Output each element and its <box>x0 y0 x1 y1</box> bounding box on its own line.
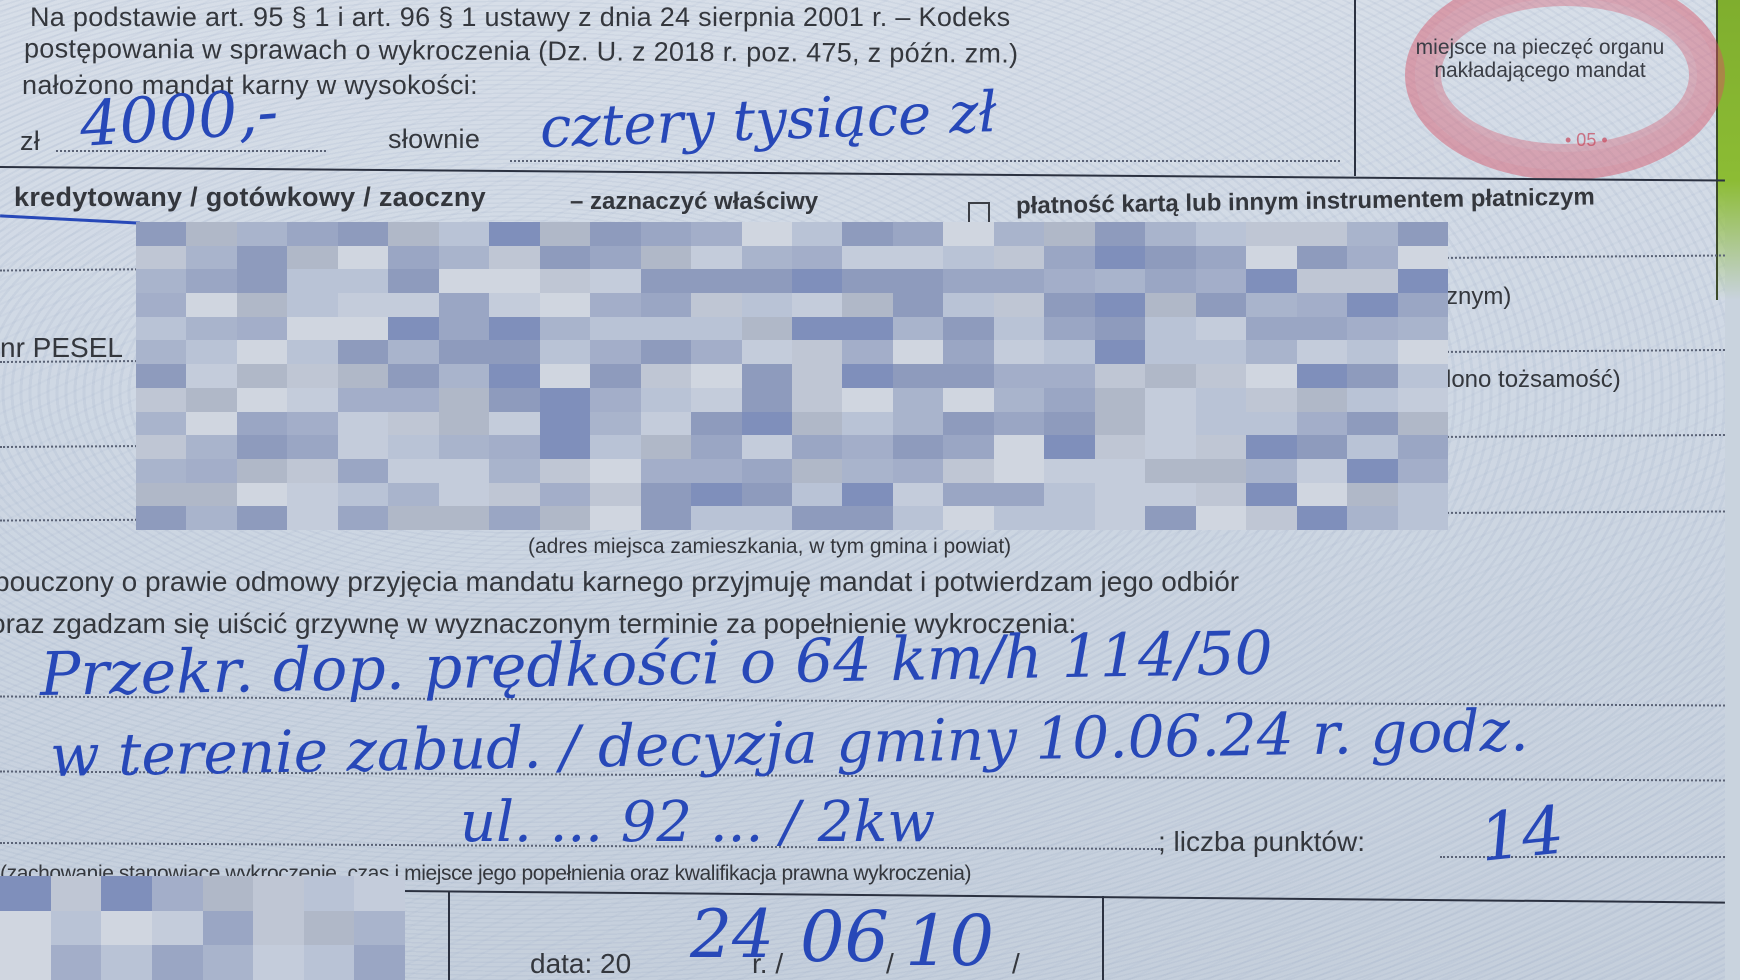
redaction-pixel <box>338 388 388 412</box>
redaction-pixel <box>1297 506 1347 530</box>
redaction-pixel <box>1095 269 1145 293</box>
redaction-pixel <box>1044 388 1094 412</box>
redaction-pixel <box>842 317 892 341</box>
redaction-pixel <box>1044 364 1094 388</box>
redaction-pixel <box>388 388 438 412</box>
redaction-pixel <box>136 317 186 341</box>
redaction-pixel <box>590 506 640 530</box>
redaction-pixel <box>1196 506 1246 530</box>
redaction-pixel <box>943 317 993 341</box>
redaction-pixel <box>338 435 388 459</box>
redaction-pixel <box>893 246 943 270</box>
redaction-pixel <box>691 222 741 246</box>
date-sep-3: / <box>1012 948 1020 980</box>
redaction-pixel <box>1297 222 1347 246</box>
redaction-pixel <box>590 364 640 388</box>
redaction-pixel <box>287 340 337 364</box>
redaction-pixel <box>540 459 590 483</box>
redaction-pixel <box>792 340 842 364</box>
redaction-pixel <box>489 317 539 341</box>
date-box-left <box>448 892 450 980</box>
redaction-pixel <box>1044 506 1094 530</box>
redaction-pixel <box>994 388 1044 412</box>
redaction-pixel <box>1347 412 1397 436</box>
redaction-pixel <box>186 506 236 530</box>
redaction-pixel <box>287 293 337 317</box>
redaction-pixel <box>742 459 792 483</box>
legal-basis-line-2: postępowania w sprawach o wykroczenia (D… <box>24 33 1019 69</box>
redaction-pixel <box>742 412 792 436</box>
redaction-pixel <box>101 911 152 946</box>
redaction-pixel <box>101 945 152 980</box>
ticket-type-options: kredytowany / gotówkowy / zaoczny <box>14 182 486 213</box>
redaction-pixel <box>388 317 438 341</box>
redaction-pixel <box>1196 459 1246 483</box>
redaction-pixel <box>1095 246 1145 270</box>
redaction-pixel <box>388 340 438 364</box>
redaction-pixel <box>1145 388 1195 412</box>
redaction-pixel <box>691 364 741 388</box>
redaction-pixel <box>1347 269 1397 293</box>
redaction-pixel <box>641 388 691 412</box>
stamp-box-divider <box>1354 0 1356 176</box>
redaction-pixel <box>304 945 355 980</box>
redaction-pixel <box>1044 269 1094 293</box>
date-label: data: 20 <box>530 948 631 980</box>
redaction-pixel <box>287 364 337 388</box>
redaction-pixel <box>489 388 539 412</box>
redaction-pixel <box>489 293 539 317</box>
redaction-pixel <box>136 388 186 412</box>
stamp-number: • 05 • <box>1565 130 1608 151</box>
redaction-pixel <box>1095 293 1145 317</box>
redaction-pixel <box>893 269 943 293</box>
redaction-pixel <box>338 459 388 483</box>
signature-redaction <box>0 876 405 980</box>
redaction-pixel <box>1297 412 1347 436</box>
redaction-pixel <box>1347 246 1397 270</box>
redaction-pixel <box>152 911 203 946</box>
redaction-pixel <box>893 222 943 246</box>
redaction-pixel <box>489 222 539 246</box>
redaction-pixel <box>943 293 993 317</box>
redaction-pixel <box>792 483 842 507</box>
redaction-pixel <box>641 459 691 483</box>
redaction-pixel <box>152 945 203 980</box>
redaction-pixel <box>1196 246 1246 270</box>
redaction-pixel <box>338 269 388 293</box>
redaction-pixel <box>1398 435 1448 459</box>
redaction-pixel <box>338 506 388 530</box>
redaction-pixel <box>51 911 102 946</box>
redaction-pixel <box>136 483 186 507</box>
redaction-pixel <box>287 317 337 341</box>
redaction-pixel <box>540 435 590 459</box>
redaction-pixel <box>1196 222 1246 246</box>
redaction-pixel <box>742 483 792 507</box>
redaction-pixel <box>540 246 590 270</box>
redaction-pixel <box>1095 412 1145 436</box>
redaction-pixel <box>1196 435 1246 459</box>
redaction-pixel <box>540 269 590 293</box>
redaction-pixel <box>792 317 842 341</box>
redaction-pixel <box>1044 412 1094 436</box>
redaction-pixel <box>590 483 640 507</box>
redaction-pixel <box>540 412 590 436</box>
redaction-pixel <box>489 246 539 270</box>
redaction-pixel <box>994 317 1044 341</box>
redaction-pixel <box>287 388 337 412</box>
redaction-pixel <box>742 246 792 270</box>
redaction-pixel <box>1398 340 1448 364</box>
redaction-pixel <box>51 876 102 911</box>
redaction-pixel <box>540 364 590 388</box>
redaction-pixel <box>1398 364 1448 388</box>
redaction-pixel <box>1297 388 1347 412</box>
redaction-pixel <box>1246 364 1296 388</box>
redaction-pixel <box>1145 364 1195 388</box>
redaction-pixel <box>1145 293 1195 317</box>
redaction-pixel <box>1347 435 1397 459</box>
redaction-pixel <box>1398 459 1448 483</box>
redaction-pixel <box>1398 506 1448 530</box>
pesel-label: nr PESEL <box>0 332 123 364</box>
redaction-pixel <box>237 388 287 412</box>
redaction-pixel <box>1398 388 1448 412</box>
redaction-pixel <box>691 435 741 459</box>
redaction-pixel <box>590 293 640 317</box>
redaction-pixel <box>237 435 287 459</box>
redaction-pixel <box>1196 317 1246 341</box>
redaction-pixel <box>1246 246 1296 270</box>
redaction-pixel <box>994 293 1044 317</box>
redaction-pixel <box>893 459 943 483</box>
redaction-pixel <box>641 483 691 507</box>
redaction-pixel <box>1145 435 1195 459</box>
redaction-pixel <box>842 246 892 270</box>
redaction-pixel <box>641 269 691 293</box>
redaction-pixel <box>1347 340 1397 364</box>
redaction-pixel <box>186 246 236 270</box>
redaction-pixel <box>792 459 842 483</box>
redaction-pixel <box>1044 317 1094 341</box>
redaction-pixel <box>338 483 388 507</box>
redaction-pixel <box>1095 506 1145 530</box>
redaction-pixel <box>253 911 304 946</box>
redaction-pixel <box>1246 459 1296 483</box>
redaction-pixel <box>1297 269 1347 293</box>
redaction-pixel <box>1095 364 1145 388</box>
redaction-pixel <box>540 506 590 530</box>
redaction-pixel <box>287 222 337 246</box>
redaction-pixel <box>439 435 489 459</box>
redaction-pixel <box>842 459 892 483</box>
redaction-pixel <box>1145 412 1195 436</box>
redaction-pixel <box>742 435 792 459</box>
redaction-pixel <box>742 364 792 388</box>
redaction-pixel <box>203 911 254 946</box>
redaction-pixel <box>691 317 741 341</box>
redaction-pixel <box>186 317 236 341</box>
redaction-pixel <box>338 317 388 341</box>
redaction-pixel <box>1398 412 1448 436</box>
redaction-pixel <box>0 911 51 946</box>
redaction-pixel <box>136 412 186 436</box>
redaction-pixel <box>253 945 304 980</box>
redaction-pixel <box>641 506 691 530</box>
redaction-pixel <box>943 364 993 388</box>
redaction-pixel <box>51 945 102 980</box>
redaction-pixel <box>237 483 287 507</box>
currency-label: zł <box>20 126 40 157</box>
redaction-pixel <box>354 876 405 911</box>
redaction-pixel <box>792 222 842 246</box>
redaction-pixel <box>893 340 943 364</box>
redaction-pixel <box>388 222 438 246</box>
redaction-pixel <box>1095 317 1145 341</box>
redaction-pixel <box>237 269 287 293</box>
redaction-pixel <box>439 506 489 530</box>
redaction-pixel <box>1196 412 1246 436</box>
redaction-pixel <box>354 945 405 980</box>
person-partial-label-1: znym) <box>1446 283 1511 311</box>
redaction-pixel <box>1196 388 1246 412</box>
redaction-pixel <box>893 364 943 388</box>
redaction-pixel <box>1347 506 1397 530</box>
redaction-pixel <box>338 246 388 270</box>
redaction-pixel <box>590 340 640 364</box>
redaction-pixel <box>1297 293 1347 317</box>
redaction-pixel <box>792 388 842 412</box>
redaction-pixel <box>101 876 152 911</box>
personal-data-redaction <box>136 222 1448 530</box>
redaction-pixel <box>136 246 186 270</box>
redaction-pixel <box>1398 222 1448 246</box>
redaction-pixel <box>1297 340 1347 364</box>
legal-basis-line-1: Na podstawie art. 95 § 1 i art. 96 § 1 u… <box>30 2 1010 33</box>
redaction-pixel <box>994 364 1044 388</box>
date-sep-1: r. / <box>752 948 783 980</box>
redaction-pixel <box>1196 483 1246 507</box>
redaction-pixel <box>540 483 590 507</box>
redaction-pixel <box>943 459 993 483</box>
redaction-pixel <box>136 269 186 293</box>
redaction-pixel <box>792 506 842 530</box>
redaction-pixel <box>1246 435 1296 459</box>
redaction-pixel <box>237 317 287 341</box>
redaction-pixel <box>338 222 388 246</box>
redaction-pixel <box>742 506 792 530</box>
points-label: ; liczba punktów: <box>1158 826 1365 858</box>
redaction-pixel <box>1347 293 1397 317</box>
redaction-pixel <box>590 317 640 341</box>
address-caption: (adres miejsca zamieszkania, w tym gmina… <box>528 535 1011 559</box>
redaction-pixel <box>237 340 287 364</box>
redaction-pixel <box>388 459 438 483</box>
redaction-pixel <box>540 388 590 412</box>
redaction-pixel <box>388 293 438 317</box>
redaction-pixel <box>691 269 741 293</box>
redaction-pixel <box>691 340 741 364</box>
redaction-pixel <box>439 340 489 364</box>
redaction-pixel <box>287 246 337 270</box>
redaction-pixel <box>287 412 337 436</box>
redaction-pixel <box>1297 459 1347 483</box>
redaction-pixel <box>186 483 236 507</box>
redaction-pixel <box>994 506 1044 530</box>
redaction-pixel <box>842 412 892 436</box>
amount-words-label: słownie <box>388 124 480 155</box>
redaction-pixel <box>1398 483 1448 507</box>
redaction-pixel <box>691 293 741 317</box>
redaction-pixel <box>1246 412 1296 436</box>
redaction-pixel <box>994 483 1044 507</box>
redaction-pixel <box>304 876 355 911</box>
redaction-pixel <box>439 293 489 317</box>
redaction-pixel <box>1095 483 1145 507</box>
redaction-pixel <box>590 435 640 459</box>
redaction-pixel <box>338 293 388 317</box>
redaction-pixel <box>439 459 489 483</box>
redaction-pixel <box>842 506 892 530</box>
redaction-pixel <box>186 364 236 388</box>
redaction-pixel <box>237 222 287 246</box>
redaction-pixel <box>136 459 186 483</box>
date-day-handwritten: 10 <box>905 900 994 980</box>
redaction-pixel <box>1145 483 1195 507</box>
redaction-pixel <box>641 293 691 317</box>
redaction-pixel <box>893 412 943 436</box>
redaction-pixel <box>1044 459 1094 483</box>
redaction-pixel <box>792 269 842 293</box>
redaction-pixel <box>287 459 337 483</box>
redaction-pixel <box>994 222 1044 246</box>
redaction-pixel <box>152 876 203 911</box>
redaction-pixel <box>943 506 993 530</box>
redaction-pixel <box>590 246 640 270</box>
redaction-pixel <box>1297 246 1347 270</box>
redaction-pixel <box>943 246 993 270</box>
date-box-right <box>1102 896 1104 980</box>
redaction-pixel <box>540 340 590 364</box>
redaction-pixel <box>1246 293 1296 317</box>
redaction-pixel <box>943 412 993 436</box>
redaction-pixel <box>0 876 51 911</box>
redaction-pixel <box>1095 222 1145 246</box>
redaction-pixel <box>641 412 691 436</box>
redaction-pixel <box>1347 222 1397 246</box>
redaction-pixel <box>1398 269 1448 293</box>
redaction-pixel <box>742 269 792 293</box>
redaction-pixel <box>1196 364 1246 388</box>
redaction-pixel <box>943 340 993 364</box>
redaction-pixel <box>943 435 993 459</box>
redaction-pixel <box>388 269 438 293</box>
redaction-pixel <box>1347 317 1397 341</box>
redaction-pixel <box>691 412 741 436</box>
redaction-pixel <box>943 222 993 246</box>
redaction-pixel <box>388 483 438 507</box>
declaration-line-1: pouczony o prawie odmowy przyjęcia manda… <box>0 566 1239 598</box>
redaction-pixel <box>304 911 355 946</box>
redaction-pixel <box>1297 317 1347 341</box>
redaction-pixel <box>489 340 539 364</box>
amount-handwritten: 4000,- <box>77 74 280 161</box>
redaction-pixel <box>489 435 539 459</box>
redaction-pixel <box>792 293 842 317</box>
redaction-pixel <box>1246 388 1296 412</box>
redaction-pixel <box>994 269 1044 293</box>
redaction-pixel <box>354 911 405 946</box>
redaction-pixel <box>489 506 539 530</box>
redaction-pixel <box>439 412 489 436</box>
redaction-pixel <box>136 340 186 364</box>
redaction-pixel <box>186 435 236 459</box>
redaction-pixel <box>792 246 842 270</box>
redaction-pixel <box>893 388 943 412</box>
redaction-pixel <box>1347 388 1397 412</box>
redaction-pixel <box>439 222 489 246</box>
redaction-pixel <box>590 412 640 436</box>
redaction-pixel <box>0 945 51 980</box>
redaction-pixel <box>691 388 741 412</box>
redaction-pixel <box>136 293 186 317</box>
redaction-pixel <box>287 269 337 293</box>
card-payment-checkbox[interactable] <box>968 202 990 222</box>
redaction-pixel <box>842 435 892 459</box>
redaction-pixel <box>641 340 691 364</box>
redaction-pixel <box>641 222 691 246</box>
redaction-pixel <box>1246 340 1296 364</box>
redaction-pixel <box>186 222 236 246</box>
redaction-pixel <box>994 340 1044 364</box>
redaction-pixel <box>1398 246 1448 270</box>
redaction-pixel <box>237 364 287 388</box>
redaction-pixel <box>742 388 792 412</box>
redaction-pixel <box>203 876 254 911</box>
redaction-pixel <box>1044 483 1094 507</box>
redaction-pixel <box>237 506 287 530</box>
redaction-pixel <box>1044 435 1094 459</box>
redaction-pixel <box>842 293 892 317</box>
redaction-pixel <box>186 459 236 483</box>
redaction-pixel <box>338 412 388 436</box>
redaction-pixel <box>287 506 337 530</box>
redaction-pixel <box>641 364 691 388</box>
redaction-pixel <box>1145 222 1195 246</box>
redaction-pixel <box>439 483 489 507</box>
redaction-pixel <box>943 388 993 412</box>
redaction-pixel <box>1145 246 1195 270</box>
redaction-pixel <box>338 340 388 364</box>
redaction-pixel <box>1044 340 1094 364</box>
amount-words-dotted-line <box>510 160 1340 162</box>
redaction-pixel <box>489 269 539 293</box>
redaction-pixel <box>1398 317 1448 341</box>
redaction-pixel <box>792 435 842 459</box>
redaction-pixel <box>136 435 186 459</box>
redaction-pixel <box>1347 459 1397 483</box>
redaction-pixel <box>842 364 892 388</box>
redaction-pixel <box>691 459 741 483</box>
redaction-pixel <box>590 459 640 483</box>
ticket-type-instruction: – zaznaczyć właściwy <box>570 188 818 216</box>
redaction-pixel <box>203 945 254 980</box>
redaction-pixel <box>136 506 186 530</box>
redaction-pixel <box>1095 388 1145 412</box>
redaction-pixel <box>641 317 691 341</box>
redaction-pixel <box>1347 483 1397 507</box>
